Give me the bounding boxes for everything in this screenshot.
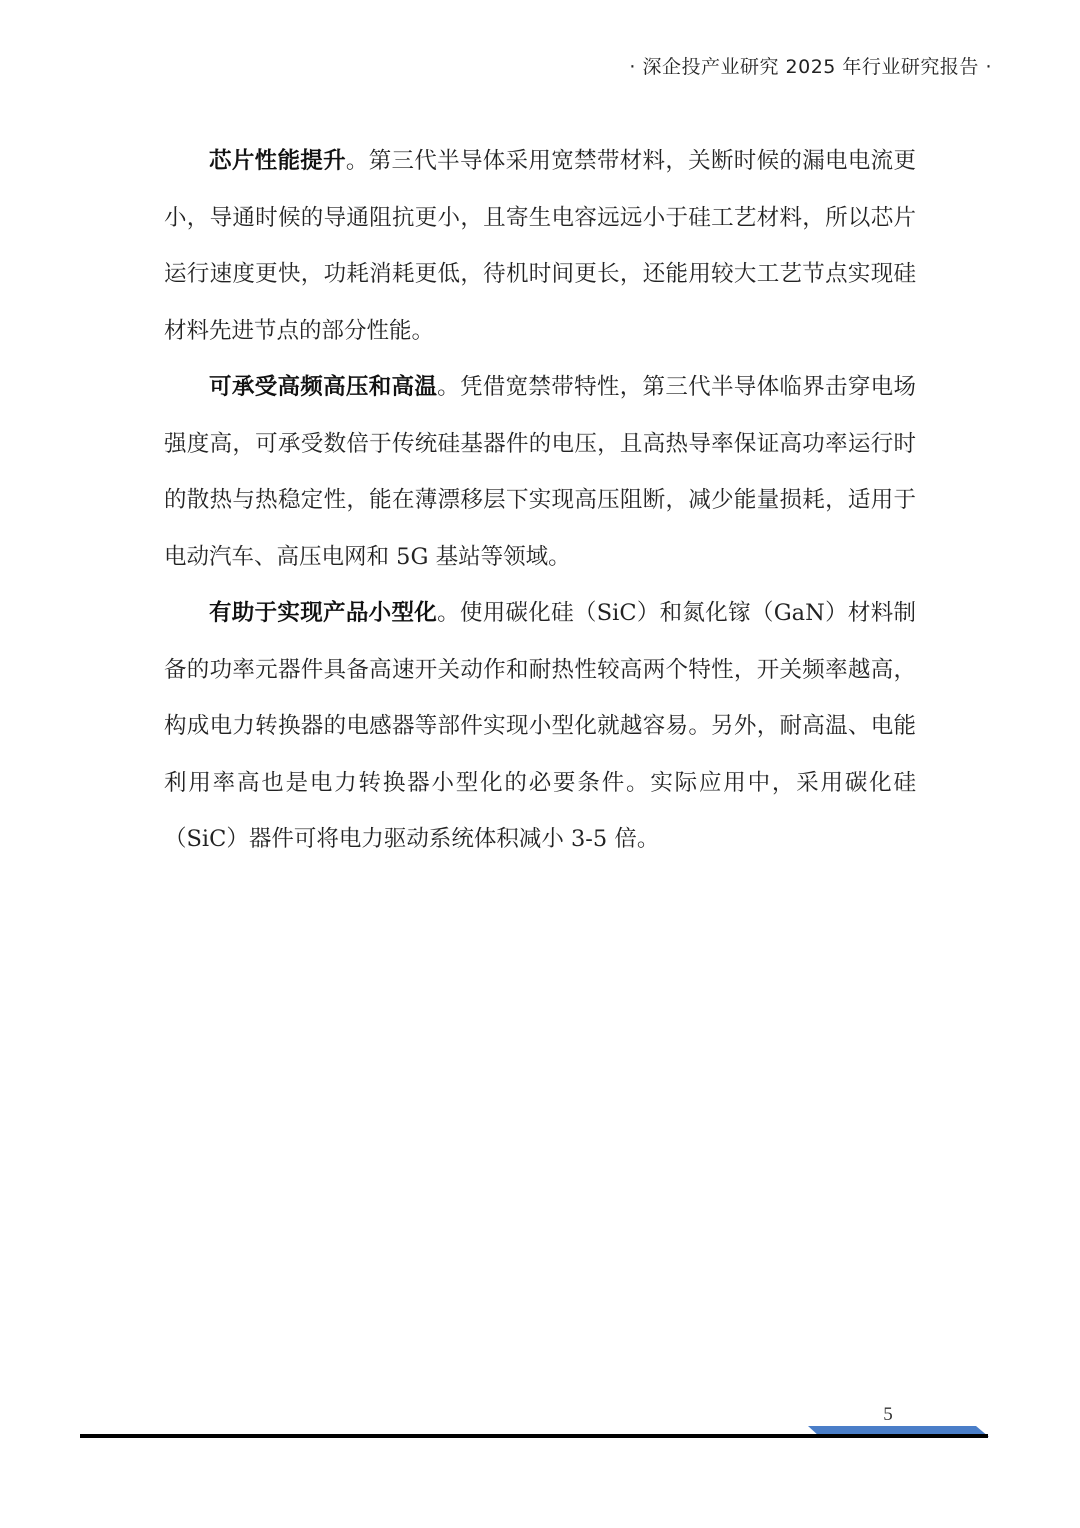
- paragraph-body: 。第三代半导体采用宽禁带材料，关断时候的漏电电流更小，导通时候的导通阻抗更小，且…: [164, 148, 916, 344]
- paragraph-high-frequency-voltage-temperature: 可承受高频高压和高温。凭借宽禁带特性，第三代半导体临界击穿电场强度高，可承受数倍…: [164, 359, 916, 585]
- paragraph-miniaturization: 有助于实现产品小型化。使用碳化硅（SiC）和氮化镓（GaN）材料制备的功率元器件…: [164, 585, 916, 868]
- paragraph-heading: 芯片性能提升: [209, 148, 346, 174]
- paragraph-body: 。使用碳化硅（SiC）和氮化镓（GaN）材料制备的功率元器件具备高速开关动作和耐…: [164, 600, 916, 852]
- footer-rule: [80, 1434, 988, 1438]
- page-number: 5: [878, 1404, 898, 1426]
- running-header: · 深企投产业研究 2025 年行业研究报告 ·: [629, 52, 992, 79]
- paragraph-chip-performance: 芯片性能提升。第三代半导体采用宽禁带材料，关断时候的漏电电流更小，导通时候的导通…: [164, 133, 916, 359]
- body-text: 芯片性能提升。第三代半导体采用宽禁带材料，关断时候的漏电电流更小，导通时候的导通…: [164, 133, 916, 868]
- paragraph-heading: 有助于实现产品小型化: [209, 600, 437, 626]
- paragraph-heading: 可承受高频高压和高温: [209, 374, 437, 400]
- paragraph-body: 。凭借宽禁带特性，第三代半导体临界击穿电场强度高，可承受数倍于传统硅基器件的电压…: [164, 374, 916, 570]
